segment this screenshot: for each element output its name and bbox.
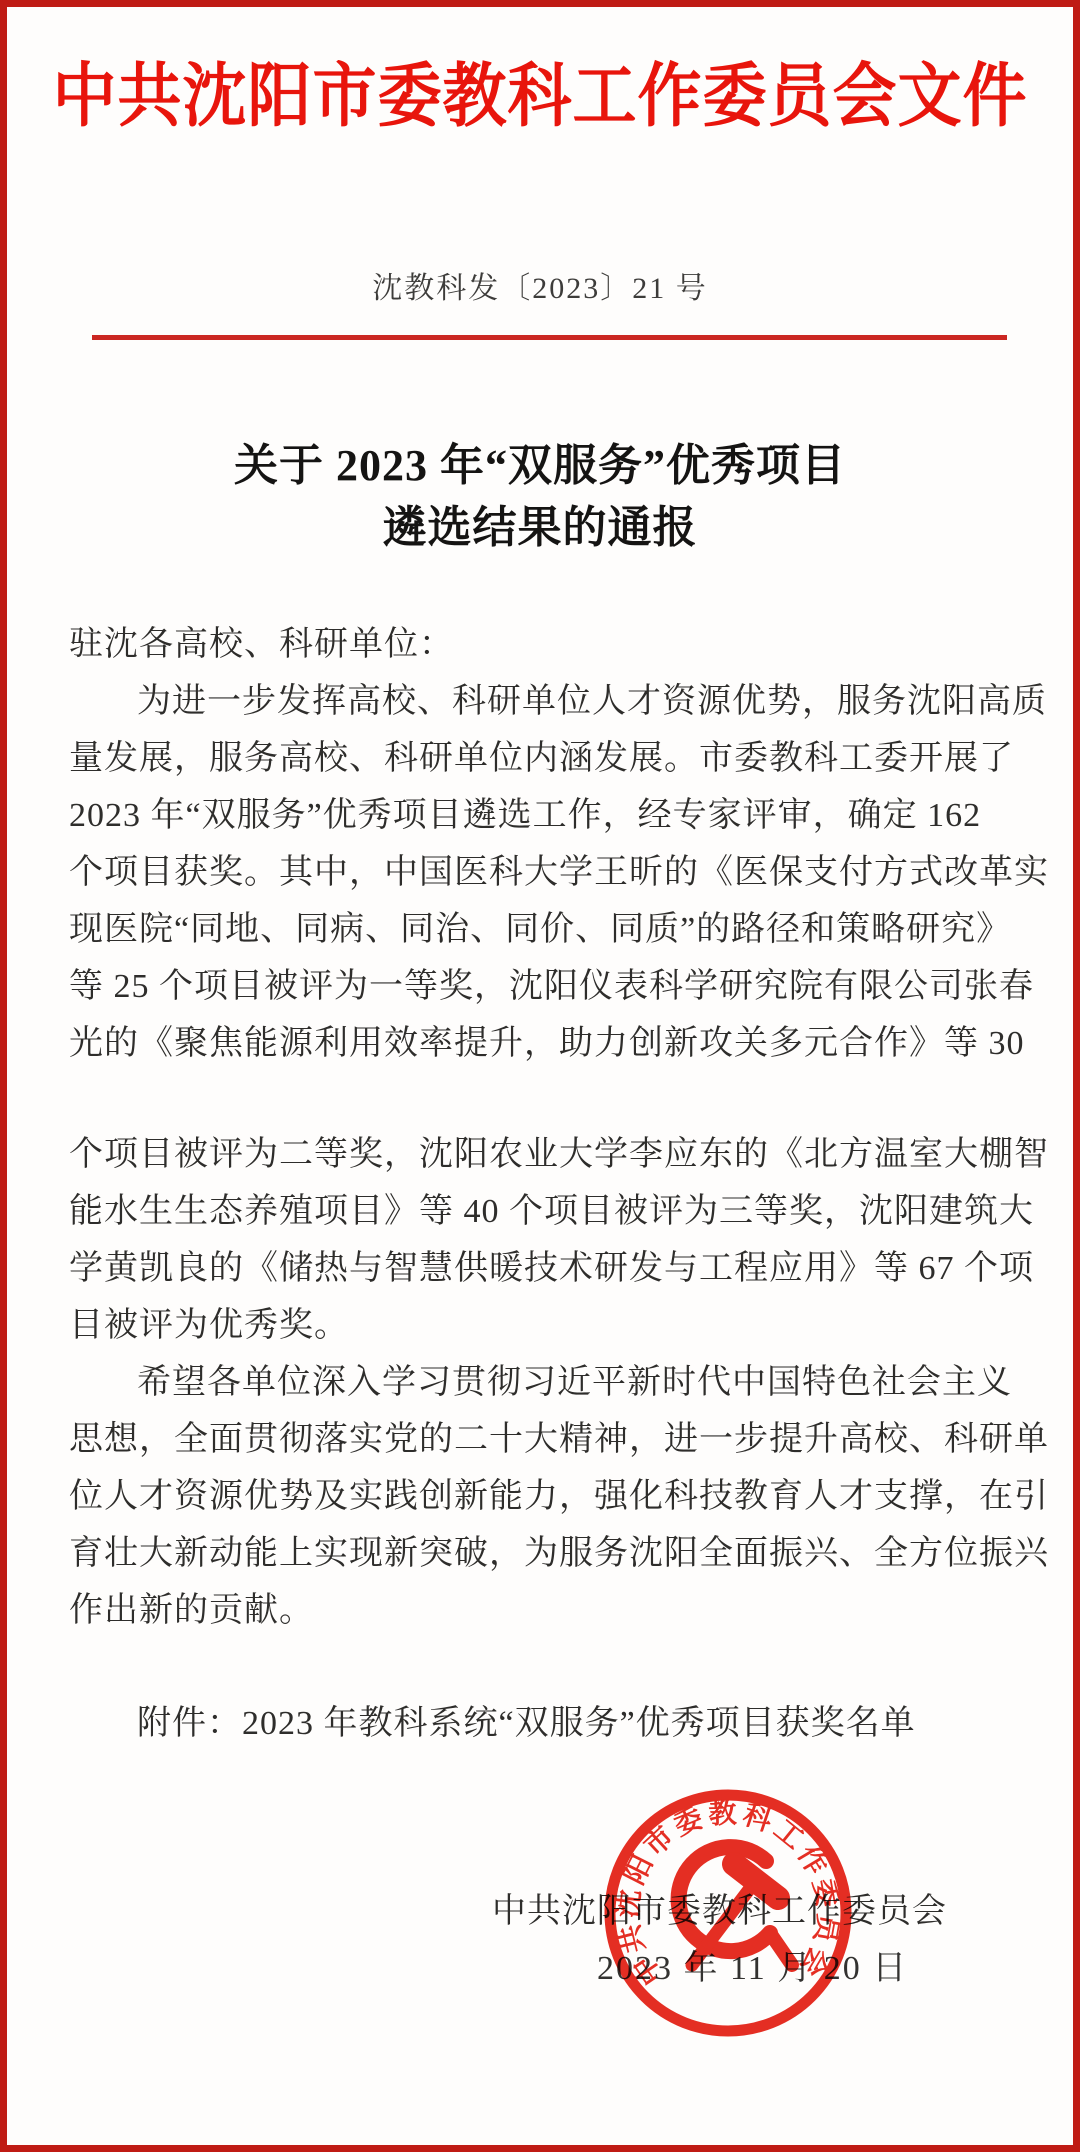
body-line: 育壮大新动能上实现新突破，为服务沈阳全面振兴、全方位振兴 bbox=[69, 1525, 1015, 1582]
attachment-line: 附件：2023 年教科系统“双服务”优秀项目获奖名单 bbox=[69, 1695, 1015, 1752]
body-line: 希望各单位深入学习贯彻习近平新时代中国特色社会主义 bbox=[69, 1354, 1015, 1411]
document-page: 中共沈阳市委教科工作委员会文件 沈教科发〔2023〕21 号 关于 2023 年… bbox=[0, 0, 1080, 2152]
document-number: 沈教科发〔2023〕21 号 bbox=[7, 269, 1073, 309]
document-title-line2: 遴选结果的通报 bbox=[7, 497, 1073, 559]
body-line: 个项目获奖。其中，中国医科大学王昕的《医保支付方式改革实 bbox=[69, 844, 1015, 901]
body-line: 现医院“同地、同病、同治、同价、同质”的路径和策略研究》 bbox=[69, 901, 1015, 958]
body-line: 为进一步发挥高校、科研单位人才资源优势，服务沈阳高质 bbox=[69, 673, 1015, 730]
body-line: 位人才资源优势及实践创新能力，强化科技教育人才支撑，在引 bbox=[69, 1468, 1015, 1525]
body-line: 2023 年“双服务”优秀项目遴选工作，经专家评审，确定 162 bbox=[69, 787, 1015, 844]
body-line: 作出新的贡献。 bbox=[69, 1582, 1015, 1639]
body-line: 学黄凯良的《储热与智慧供暖技术研发与工程应用》等 67 个项 bbox=[69, 1240, 1015, 1297]
body-line: 思想，全面贯彻落实党的二十大精神，进一步提升高校、科研单 bbox=[69, 1411, 1015, 1468]
document-title-line1: 关于 2023 年“双服务”优秀项目 bbox=[7, 435, 1073, 497]
body-line: 驻沈各高校、科研单位： bbox=[69, 616, 1015, 673]
red-divider-line bbox=[92, 335, 1007, 340]
body-line: 个项目被评为二等奖，沈阳农业大学李应东的《北方温室大棚智 bbox=[69, 1126, 1015, 1183]
document-body: 驻沈各高校、科研单位：为进一步发挥高校、科研单位人才资源优势，服务沈阳高质量发展… bbox=[69, 616, 1015, 1639]
official-seal: 中共沈阳市委教科工作委员会 bbox=[598, 1783, 858, 2043]
hammer-sickle-icon bbox=[679, 1847, 792, 1965]
red-header-title: 中共沈阳市委教科工作委员会文件 bbox=[7, 33, 1073, 160]
body-line: 光的《聚焦能源利用效率提升，助力创新攻关多元合作》等 30 bbox=[69, 1015, 1015, 1072]
body-line: 量发展，服务高校、科研单位内涵发展。市委教科工委开展了 bbox=[69, 730, 1015, 787]
body-line: 目被评为优秀奖。 bbox=[69, 1297, 1015, 1354]
document-title: 关于 2023 年“双服务”优秀项目 遴选结果的通报 bbox=[7, 435, 1073, 559]
body-line: 能水生生态养殖项目》等 40 个项目被评为三等奖，沈阳建筑大 bbox=[69, 1183, 1015, 1240]
body-line: 等 25 个项目被评为一等奖，沈阳仪表科学研究院有限公司张春 bbox=[69, 958, 1015, 1015]
